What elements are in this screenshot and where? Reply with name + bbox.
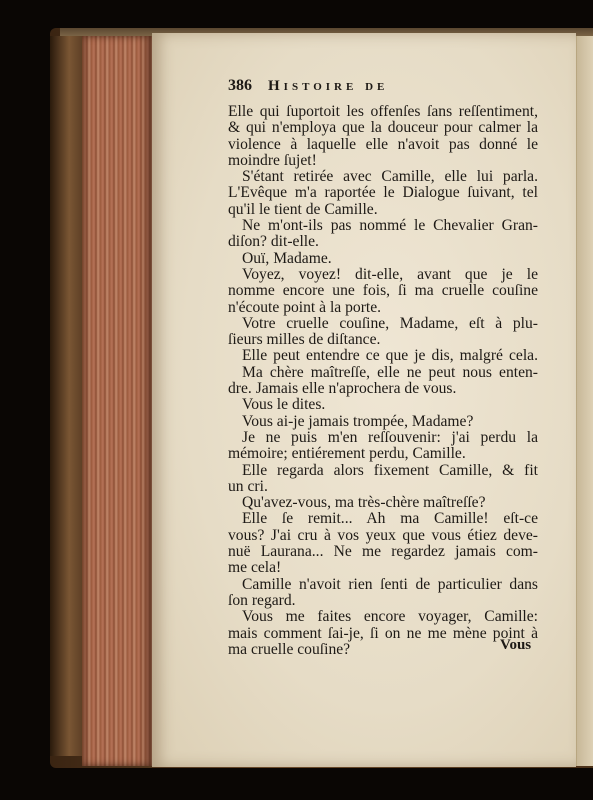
text-line: Elle qui ſuportoit les offenſes ſans reſ…: [228, 104, 538, 120]
catchword: Vous: [500, 637, 531, 654]
text-line: Ouï, Madame.: [228, 251, 538, 267]
text-line: Votre cruelle couſine, Madame, eſt à plu…: [228, 316, 538, 332]
body-text: Elle qui ſuportoit les offenſes ſans reſ…: [228, 104, 538, 658]
text-line: Voyez, voyez! dit-elle, avant que je le: [228, 267, 538, 283]
text-line: Je ne puis m'en reſſouvenir: j'ai perdu …: [228, 430, 538, 446]
text-line: ſieurs milles de diſtance.: [228, 332, 538, 348]
text-line: dre. Jamais elle n'aprochera de vous.: [228, 381, 538, 397]
text-line: qu'il le tient de Camille.: [228, 202, 538, 218]
text-line: vous? J'ai cru à vos yeux que vous étiez…: [228, 528, 538, 544]
text-line: diſon? dit-elle.: [228, 234, 538, 250]
text-line: ſon regard.: [228, 593, 538, 609]
text-line: nomme encore une fois, ſi ma cruelle cou…: [228, 283, 538, 299]
text-line: S'étant retirée avec Camille, elle lui p…: [228, 169, 538, 185]
page-number: 386: [228, 78, 268, 94]
text-line: un cri.: [228, 479, 538, 495]
text-line: me cela!: [228, 560, 538, 576]
text-line: n'écoute point à la porte.: [228, 300, 538, 316]
text-line: Elle ſe remit... Ah ma Camille! eſt-ce: [228, 511, 538, 527]
text-line: moindre ſujet!: [228, 153, 538, 169]
text-line: & qui n'employa que la douceur pour calm…: [228, 120, 538, 136]
text-line: Vous le dites.: [228, 397, 538, 413]
text-line: ma cruelle couſine?: [228, 642, 538, 658]
page-header: 386 Histoire de: [228, 78, 538, 100]
page-text-block: 386 Histoire de Elle qui ſuportoit les o…: [228, 78, 538, 658]
text-line: mémoire; entiérement perdu, Camille.: [228, 446, 538, 462]
running-head: Histoire de: [268, 78, 388, 94]
text-line: Ne m'ont-ils pas nommé le Chevalier Gran…: [228, 218, 538, 234]
text-line: Elle regarda alors fixement Camille, & f…: [228, 463, 538, 479]
facing-page-edge: [576, 36, 593, 766]
text-line: Vous ai-je jamais trompée, Madame?: [228, 414, 538, 430]
text-line: mais comment ſai-je, ſi on ne me mène po…: [228, 626, 538, 642]
text-line: Qu'avez-vous, ma très-chère maîtreſſe?: [228, 495, 538, 511]
text-line: L'Evêque m'a raportée le Dialogue ſuivan…: [228, 185, 538, 201]
text-line: Ma chère maîtreſſe, elle ne peut nous en…: [228, 365, 538, 381]
text-line: Camille n'avoit rien ſenti de particulie…: [228, 577, 538, 593]
text-line: Vous me faites encore voyager, Camille:: [228, 609, 538, 625]
text-line: Elle peut entendre ce que je dis, malgré…: [228, 348, 538, 364]
book-binding: [50, 36, 82, 756]
page-fore-edge: [82, 36, 152, 766]
text-line: violence à laquelle elle n'avoit pas don…: [228, 137, 538, 153]
text-line: nuë Laurana... Ne me regardez jamais com…: [228, 544, 538, 560]
